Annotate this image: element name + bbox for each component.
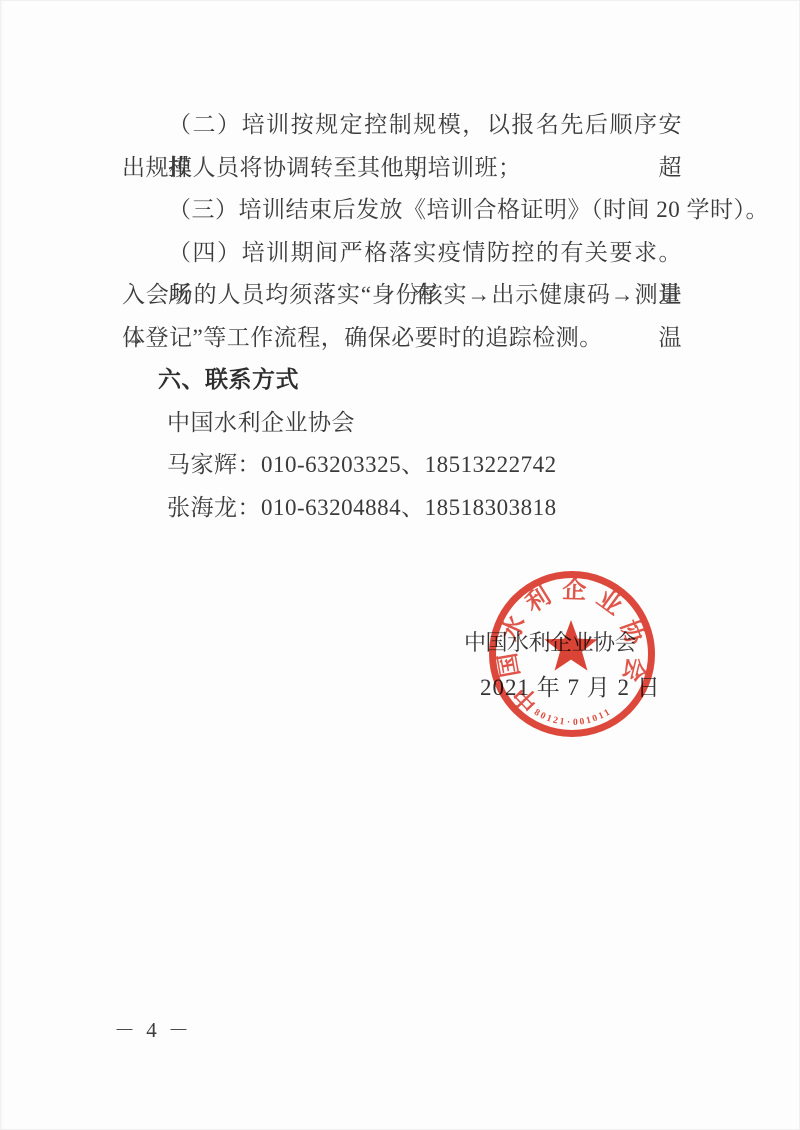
svg-text:国: 国 (494, 651, 525, 679)
page-number: － 4 － (114, 1014, 192, 1044)
body-text-block: （二）培训按规定控制规模，以报名先后顺序安排，超 出规模人员将协调转至其他期培训… (122, 104, 682, 529)
paragraph-4-line-3: →登记”等工作流程，确保必要时的追踪检测。 (122, 317, 682, 360)
contact-phone-line-2: 张海龙：010-63204884、18518303818 (122, 487, 682, 530)
svg-text:1: 1 (559, 717, 565, 728)
official-seal: 中国水利企业协会 110100·12108 (487, 566, 659, 738)
star-icon (544, 620, 597, 671)
paragraph-4-line-2: 入会场的人员均须落实“身份核实→出示健康码→测量体温 (122, 274, 682, 317)
section-heading-contact: 六、联系方式 (122, 359, 682, 402)
paragraph-4-line-1: （四）培训期间严格落实疫情防控的有关要求。所有进 (122, 232, 682, 275)
document-page: （二）培训按规定控制规模，以报名先后顺序安排，超 出规模人员将协调转至其他期培训… (0, 0, 800, 1130)
svg-text:0: 0 (579, 717, 585, 728)
contact-phone-line-1: 马家辉：010-63203325、18513222742 (122, 444, 682, 487)
svg-text:·: · (567, 718, 571, 728)
svg-text:企: 企 (562, 576, 587, 605)
paragraph-3-line-1: （三）培训结束后发放《培训合格证明》（时间 20 学时）。 (122, 189, 682, 232)
svg-text:2: 2 (552, 716, 559, 727)
svg-text:0: 0 (573, 718, 578, 728)
paragraph-2-line-1: （二）培训按规定控制规模，以报名先后顺序安排，超 (122, 104, 682, 147)
contact-org-line: 中国水利企业协会 (122, 402, 682, 445)
